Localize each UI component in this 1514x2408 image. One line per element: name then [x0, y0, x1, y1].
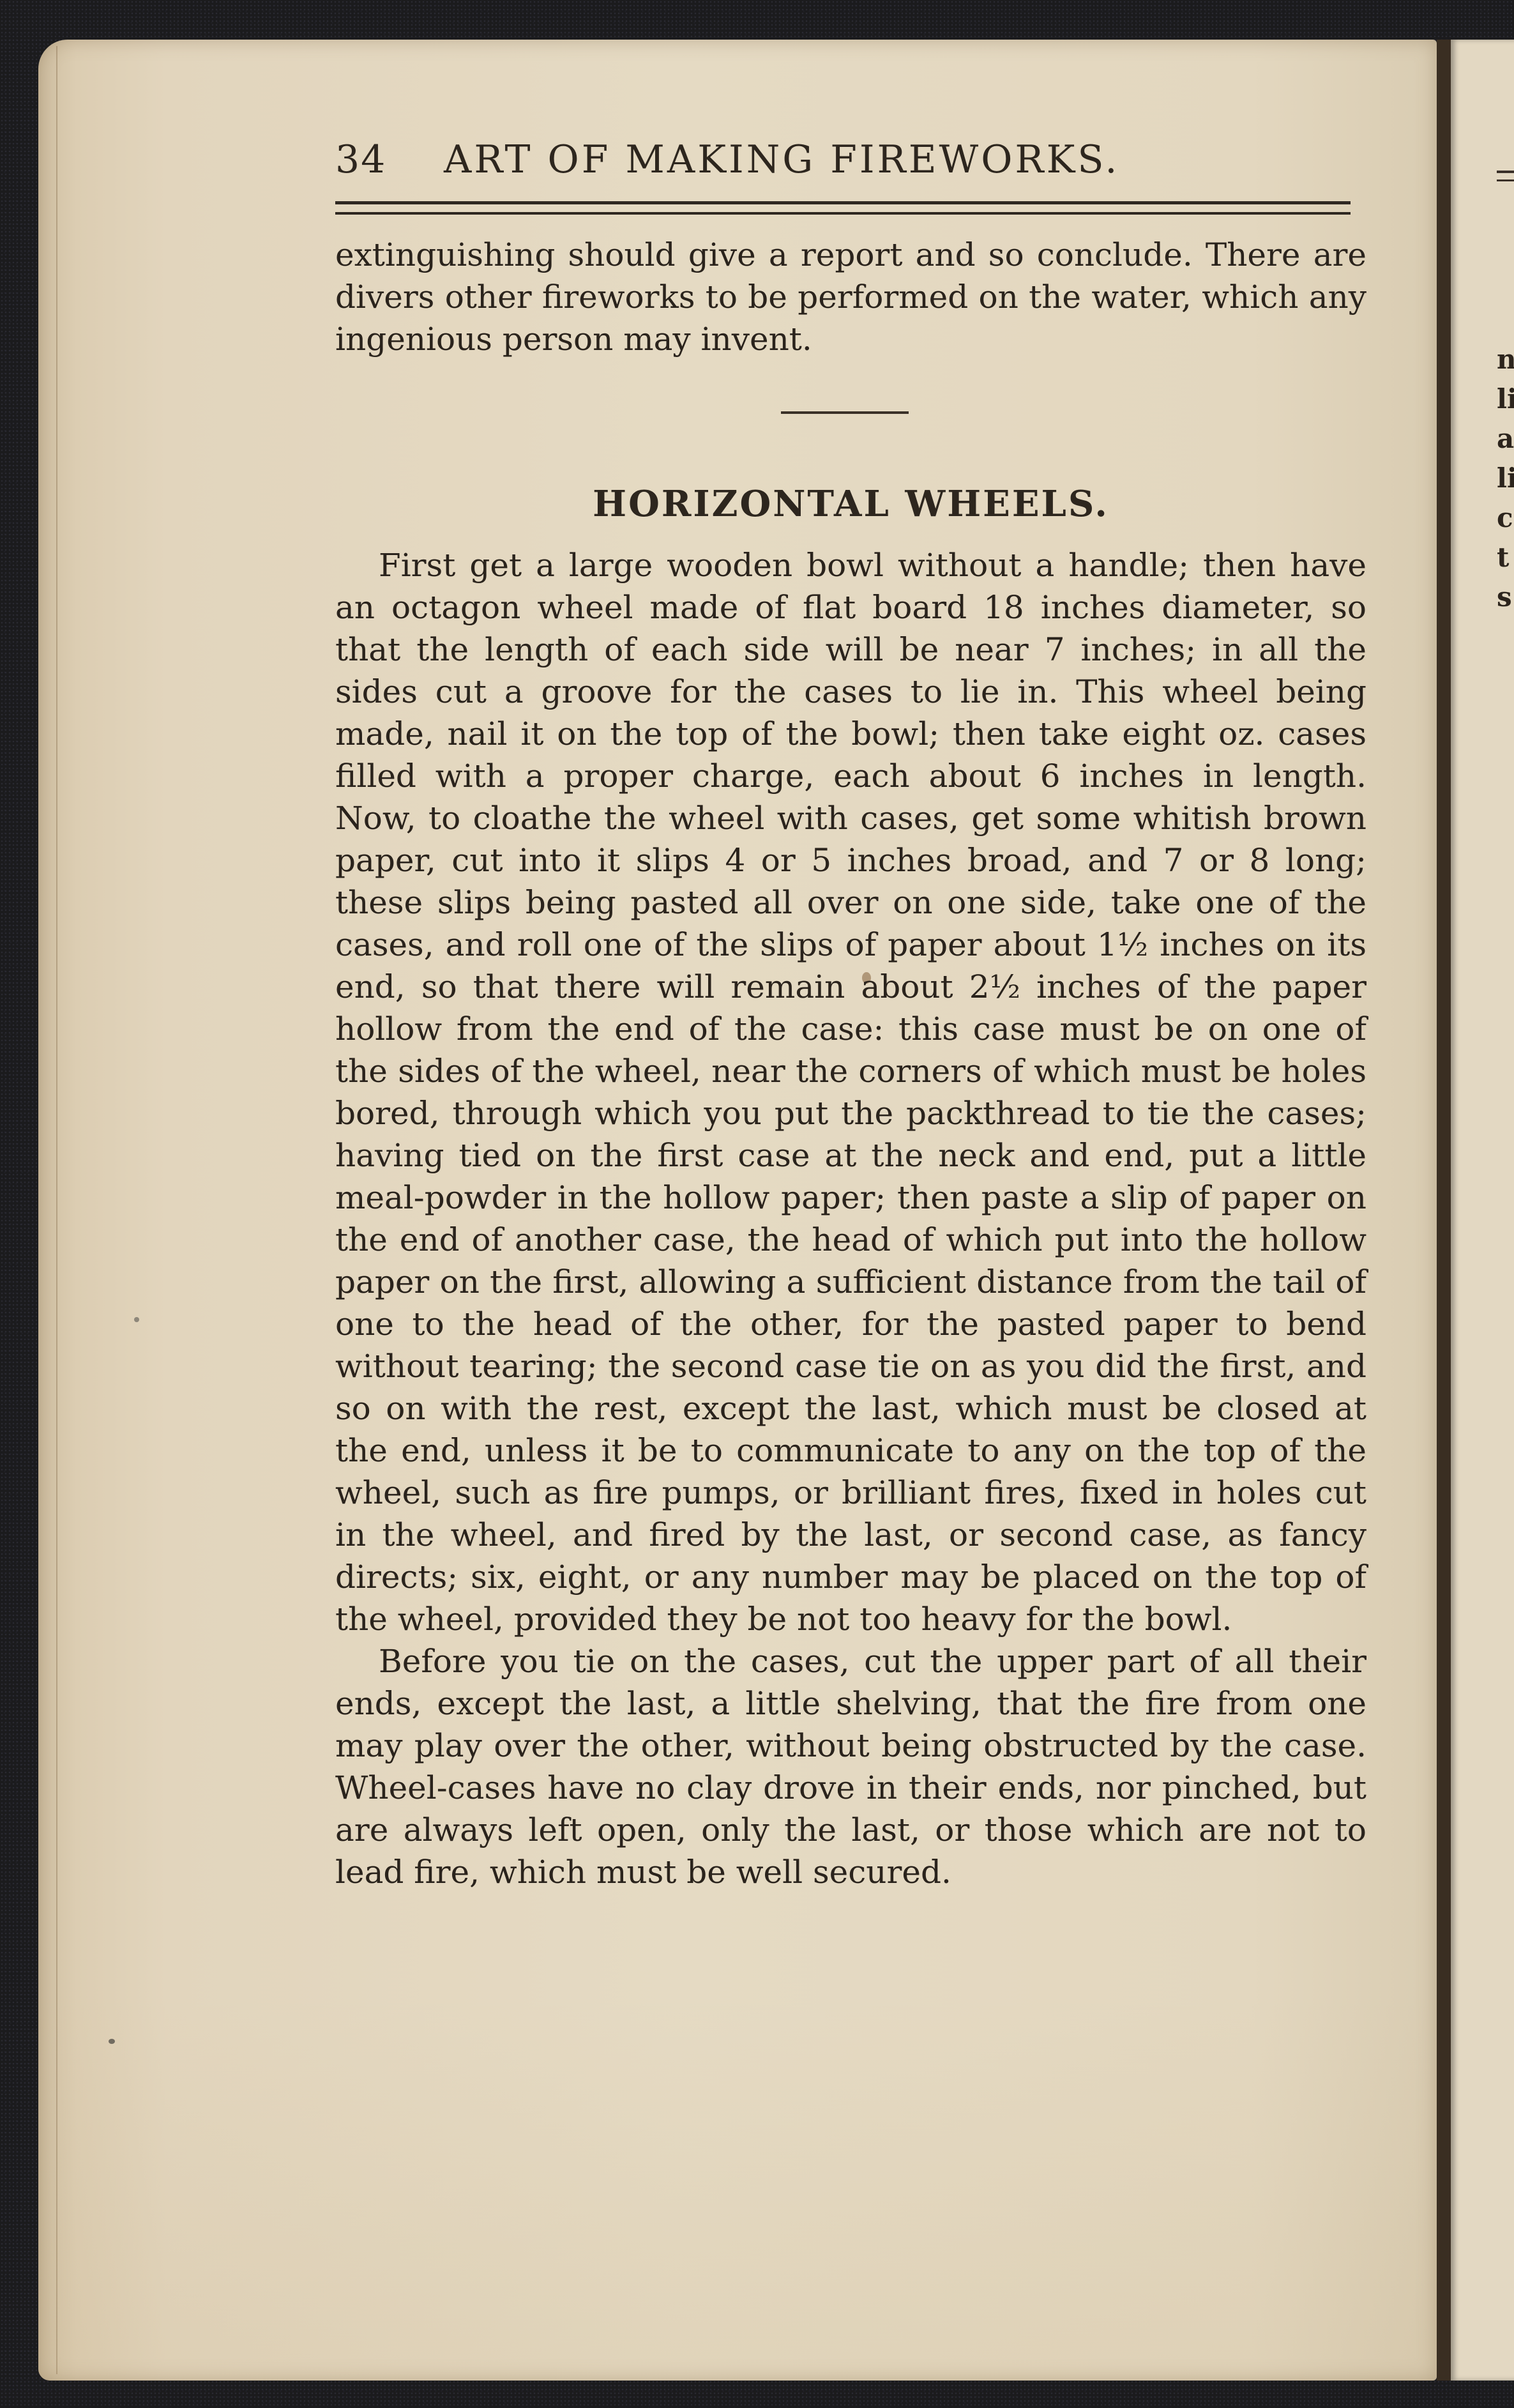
facing-fragment: li	[1497, 459, 1514, 498]
facing-fragment: s	[1497, 577, 1514, 617]
ink-stain	[109, 2039, 115, 2044]
facing-fragment: n	[1497, 340, 1514, 379]
ink-stain	[134, 1317, 139, 1322]
running-head: 34 ART OF MAKING FIREWORKS.	[335, 137, 1366, 195]
page-number: 34	[335, 137, 399, 182]
body-paragraph: Before you tie on the cases, cut the upp…	[335, 1640, 1366, 1893]
section-divider	[781, 411, 909, 414]
facing-page-fragments: n li a li c t s	[1497, 340, 1514, 617]
continuation-paragraph: extinguishing should give a report and s…	[335, 234, 1366, 360]
section-heading: HORIZONTAL WHEELS.	[335, 483, 1366, 525]
facing-fragment: li	[1497, 379, 1514, 419]
facing-fragment: t	[1497, 538, 1514, 577]
running-title: ART OF MAKING FIREWORKS.	[444, 137, 1119, 182]
facing-fragment: c	[1497, 498, 1514, 538]
facing-fragment: a	[1497, 419, 1514, 459]
page-content: 34 ART OF MAKING FIREWORKS. extinguishin…	[335, 137, 1366, 1893]
header-double-rule	[335, 201, 1351, 215]
facing-page-edge: n li a li c t s	[1437, 40, 1514, 2381]
facing-page-rule	[1497, 171, 1514, 181]
body-paragraph: First get a large wooden bowl without a …	[335, 544, 1366, 1640]
